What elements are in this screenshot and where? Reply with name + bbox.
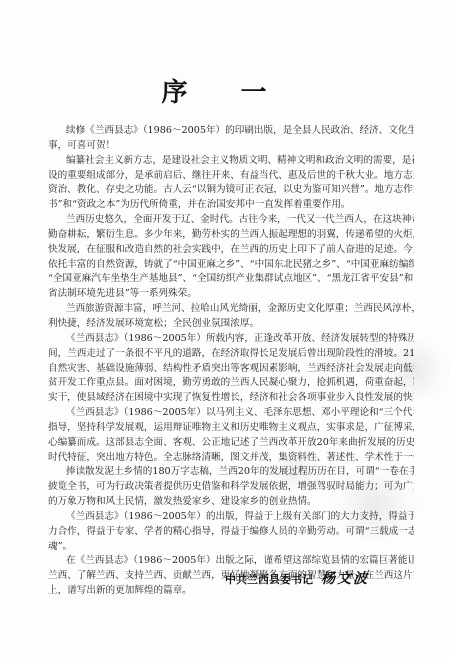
paragraph: 兰西历史悠久，全面开发于辽、金时代。古往今来，一代又一代兰西人，在这块神奇的黑土… [48, 213, 414, 302]
text-line: 勤奋耕耘，繁衍生息。多少年来，勤劳朴实的兰西人振起理想的羽翼，传递希望的火炬，艰… [48, 228, 414, 243]
paragraph: 续修《兰西县志》（1986～2005年）的印刷出版，是全县人民政治、经济、文化生… [48, 124, 414, 154]
text-line: 实干，使县域经济在困境中实现了恢复性增长，经济和社会各项事业步入良性发展的快车道… [48, 391, 414, 406]
signature-name: 杨文波 [321, 571, 369, 587]
document-page: 序 一 续修《兰西县志》（1986～2005年）的印刷出版，是全县人民政治、经济… [0, 0, 450, 657]
text-line: 贫开发工作重点县。面对困境，勤劳勇敢的兰西人民凝心聚力，抢抓机遇，荷重奋起，戮力… [48, 376, 414, 391]
paragraph: 兰西旅游资源丰富，呼兰河、拉哈山风光绮丽，金源历史文化厚重；兰西民风淳朴，交通、… [48, 302, 414, 332]
preface-body: 续修《兰西县志》（1986～2005年）的印刷出版，是全县人民政治、经济、文化生… [48, 124, 414, 599]
text-line: 捧读散发泥土乡情的180万字志稿，兰西20年的发展过程历历在目，可谓“一卷在手，… [48, 465, 414, 480]
paragraph: 《兰西县志》（1986～2005年）所载内容，正逢改革开放、经济发展转型的特殊历… [48, 332, 414, 406]
text-line: 时代特征，突出地方特色。全志脉络清晰，图文并茂，集资料性、著述性、学术性于一体。 [48, 451, 414, 466]
text-line: 利快捷，经济发展环境宽松；全民创业氛围浓厚。 [48, 317, 414, 332]
text-line: 《兰西县志》（1986～2005年）以马列主义、毛泽东思想、邓小平理论和“三个代… [48, 406, 414, 421]
text-line: 间，兰西走过了一条很不平凡的道路，在经济取得长足发展后曾出现阶段性的滑坡。21世… [48, 347, 414, 362]
text-line: 指导，坚持科学发展观，运用辩证唯物主义和历史唯物主义观点，实事求是，广征博采，去… [48, 421, 414, 436]
text-line: 编纂社会主义新方志，是建设社会主义物质文明、精神文明和政治文明的需要，是社会主义… [48, 154, 414, 169]
text-line: 魂”。 [48, 540, 414, 555]
text-line: 续修《兰西县志》（1986～2005年）的印刷出版，是全县人民政治、经济、文化生… [48, 124, 414, 139]
paragraph: 《兰西县志》（1986～2005年）以马列主义、毛泽东思想、邓小平理论和“三个代… [48, 406, 414, 465]
paragraph: 捧读散发泥土乡情的180万字志稿，兰西20年的发展过程历历在目，可谓“一卷在手，… [48, 465, 414, 510]
text-line: 依托丰富的自然资源，铸就了“中国亚麻之乡”、“中国东北民猪之乡”、“中国亚麻纺编… [48, 258, 414, 273]
text-line: 省法制环境先进县”等一系列殊荣。 [48, 287, 414, 302]
page-title: 序 一 [0, 72, 450, 109]
text-line: “全国亚麻汽车坐垫生产基地县”、“全国纺织产业集群试点地区”、“黑龙江省平安县”… [48, 272, 414, 287]
text-line: 披览全书，可为行政决策者提供历史借鉴和科学发展依据，增强驾驭时局能力；可为广大民… [48, 480, 414, 495]
text-line: 心编纂而成。这部县志全面、客观、公正地记述了兰西改革开放20年来曲折发展的历史轨… [48, 436, 414, 451]
text-line: 自然灾害、基础设施薄弱、结构性矛盾突出等客观因素影响，兰西经济社会发展走向低谷，… [48, 362, 414, 377]
text-line: 的万象万物和风土民情，激发热爱家乡、建设家乡的创业热情。 [48, 495, 414, 510]
text-line: 力合作，得益于专家、学者的精心指导，得益于编修人员的辛勤劳动。可谓“三载成一志，… [48, 525, 414, 540]
text-line: 资治、教化、存史之功能。古人云“以铜为镜可正衣冠，以史为鉴可知兴替”。地方志作为… [48, 183, 414, 198]
text-line: 事，可喜可贺！ [48, 139, 414, 154]
paragraph: 编纂社会主义新方志，是建设社会主义物质文明、精神文明和政治文明的需要，是社会主义… [48, 154, 414, 213]
paragraph: 《兰西县志》（1986～2005年）的出版，得益于上级有关部门的大力支持，得益于… [48, 510, 414, 555]
text-line: 《兰西县志》（1986～2005年）的出版，得益于上级有关部门的大力支持，得益于… [48, 510, 414, 525]
text-line: 兰西历史悠久，全面开发于辽、金时代。古往今来，一代又一代兰西人，在这块神奇的黑土… [48, 213, 414, 228]
text-line: 兰西旅游资源丰富，呼兰河、拉哈山风光绮丽，金源历史文化厚重；兰西民风淳朴，交通、… [48, 302, 414, 317]
text-line: 《兰西县志》（1986～2005年）所载内容，正逢改革开放、经济发展转型的特殊历… [48, 332, 414, 347]
text-line: 快发展，在征服和改造自然的社会实践中，在兰西的历史上印下了前人奋进的足迹。今天的… [48, 243, 414, 258]
text-line: 书”和“资政之本”为历代所倚重，并在治国安邦中一直发挥着重要作用。 [48, 198, 414, 213]
signature-block: 中共兰西县委书记杨文波 [225, 568, 369, 588]
signature-title: 中共兰西县委书记 [225, 573, 313, 586]
text-line: 设的重要组成部分，是承前启后、继往开来、有益当代、惠及后世的千秋大业。地方志素有… [48, 169, 414, 184]
